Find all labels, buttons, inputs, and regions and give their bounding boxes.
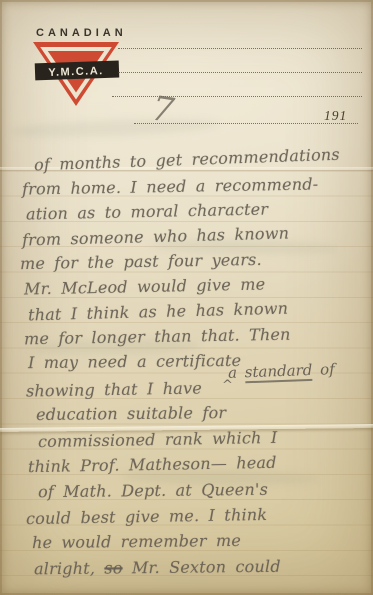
handwritten-line: education suitable for bbox=[36, 403, 226, 424]
handwritten-line: from someone who has known bbox=[22, 224, 290, 250]
handwritten-line: I may need a certificate bbox=[28, 351, 241, 372]
handwritten-line: that I think as he has known bbox=[28, 299, 289, 325]
handwritten-line: could best give me. I think bbox=[26, 505, 268, 528]
handwritten-line: me for the past four years. bbox=[20, 250, 262, 273]
ymca-triangle-icon: Y.M.C.A. bbox=[28, 40, 124, 110]
header-dotted-line bbox=[118, 48, 362, 49]
last-line-post: Mr. Sexton could bbox=[123, 557, 281, 578]
printed-year-prefix: 191 bbox=[324, 108, 347, 124]
handwritten-line: me for longer than that. Then bbox=[24, 325, 291, 349]
last-line-pre: alright, bbox=[34, 559, 105, 579]
handwritten-line: Mr. McLeod would give me bbox=[24, 274, 266, 298]
handwritten-line: of Math. Dept. at Queen's bbox=[38, 480, 268, 501]
ymca-band-label: Y.M.C.A. bbox=[48, 65, 104, 79]
handwritten-line: ation as to moral character bbox=[26, 199, 269, 223]
handwritten-line: of months to get recommendations bbox=[34, 145, 340, 175]
insertion-note: a standard of bbox=[228, 360, 335, 382]
canadian-label: CANADIAN bbox=[36, 27, 127, 39]
header-dotted-line bbox=[118, 72, 362, 73]
handwritten-line: he would remember me bbox=[32, 531, 241, 552]
handwritten-line: showing that I have bbox=[26, 378, 202, 400]
header-dotted-line bbox=[112, 96, 362, 97]
handwritten-line: think Prof. Matheson— head bbox=[28, 453, 277, 476]
handwritten-line: alright, so Mr. Sexton could bbox=[34, 557, 281, 579]
insertion-underlined-word: standard bbox=[244, 361, 312, 383]
letter-page: CANADIAN Y.M.C.A. 7 191 of months to get… bbox=[0, 0, 373, 595]
bleed-through-smudge bbox=[10, 116, 220, 139]
insertion-pre: a bbox=[228, 363, 245, 382]
handwritten-line: commissioned rank which I bbox=[38, 428, 278, 451]
handwritten-line: from home. I need a recommend- bbox=[22, 174, 319, 198]
handwritten-date-mark: 7 bbox=[149, 89, 177, 132]
struck-word: so bbox=[104, 558, 122, 577]
insertion-post: of bbox=[312, 360, 335, 379]
